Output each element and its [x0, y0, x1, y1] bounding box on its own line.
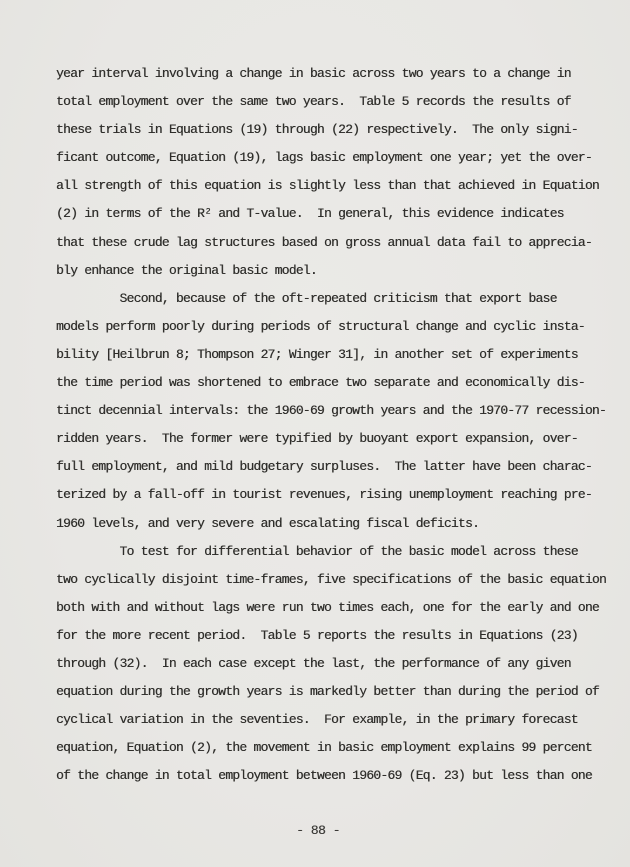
text-line: bility [Heilbrun 8; Thompson 27; Winger … — [56, 341, 616, 369]
text-line: terized by a fall-off in tourist revenue… — [56, 481, 616, 509]
text-line: full employment, and mild budgetary surp… — [56, 453, 616, 481]
text-line: models perform poorly during periods of … — [56, 313, 616, 341]
text-line: 1960 levels, and very severe and escalat… — [56, 510, 616, 538]
body-text: year interval involving a change in basi… — [56, 60, 616, 790]
text-line: of the change in total employment betwee… — [56, 762, 616, 790]
text-line: equation during the growth years is mark… — [56, 678, 616, 706]
text-line paragraph-start: Second, because of the oft-repeated crit… — [56, 285, 616, 313]
text-line: equation, Equation (2), the movement in … — [56, 734, 616, 762]
text-line: the time period was shortened to embrace… — [56, 369, 616, 397]
text-line: both with and without lags were run two … — [56, 594, 616, 622]
text-line: bly enhance the original basic model. — [56, 257, 616, 285]
text-line: all strength of this equation is slightl… — [56, 172, 616, 200]
text-line: (2) in terms of the R² and T-value. In g… — [56, 200, 616, 228]
text-line: through (32). In each case except the la… — [56, 650, 616, 678]
text-line: that these crude lag structures based on… — [56, 229, 616, 257]
text-line: ridden years. The former were typified b… — [56, 425, 616, 453]
text-line: total employment over the same two years… — [56, 88, 616, 116]
text-line: ficant outcome, Equation (19), lags basi… — [56, 144, 616, 172]
document-page: year interval involving a change in basi… — [0, 0, 630, 867]
text-line paragraph-start: To test for differential behavior of the… — [56, 538, 616, 566]
text-line: tinct decennial intervals: the 1960-69 g… — [56, 397, 616, 425]
page-number: - 88 - — [258, 822, 378, 840]
text-line: two cyclically disjoint time-frames, fiv… — [56, 566, 616, 594]
text-line: these trials in Equations (19) through (… — [56, 116, 616, 144]
text-line: for the more recent period. Table 5 repo… — [56, 622, 616, 650]
text-line: year interval involving a change in basi… — [56, 60, 616, 88]
text-line: cyclical variation in the seventies. For… — [56, 706, 616, 734]
